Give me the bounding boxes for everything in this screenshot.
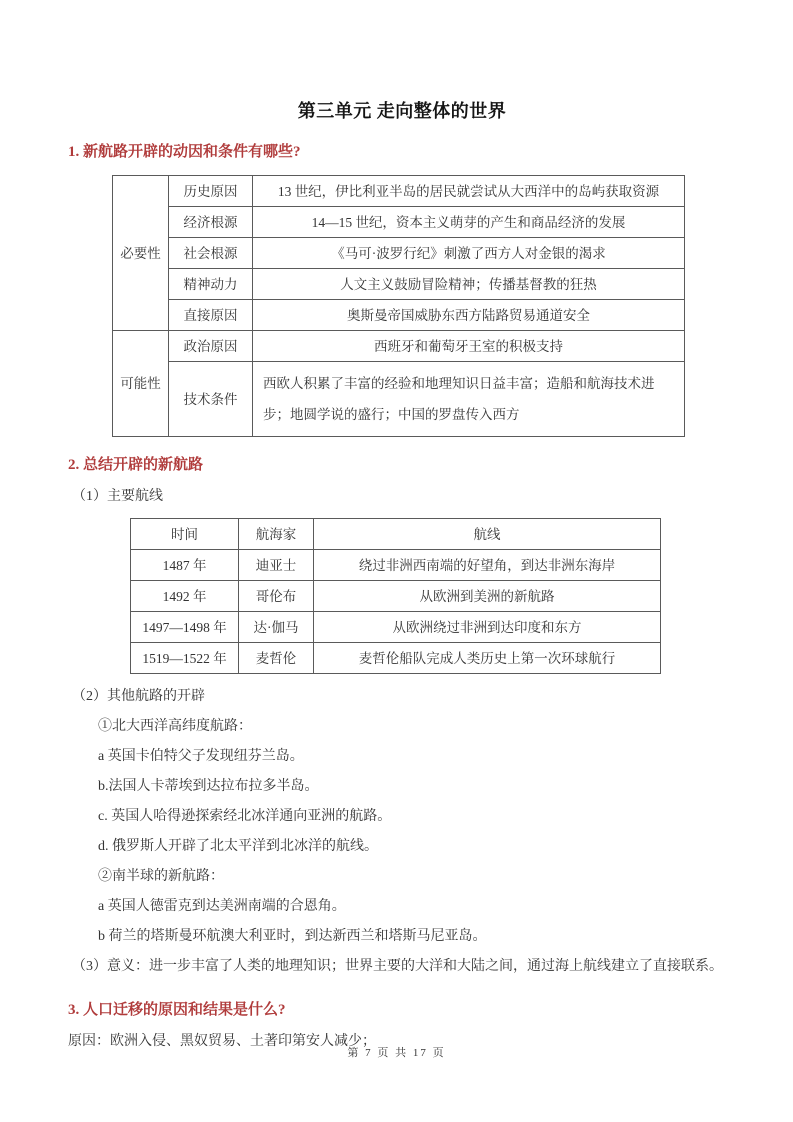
voyage-time: 1492 年 — [131, 581, 239, 612]
sub-label-main-routes: （1）主要航线 — [72, 486, 736, 508]
voyage-route: 从欧洲绕过非洲到达印度和东方 — [314, 612, 661, 643]
cause-value: 奥斯曼帝国威胁东西方陆路贸易通道安全 — [253, 300, 685, 331]
voyage-route: 绕过非洲西南端的好望角，到达非洲东海岸 — [314, 550, 661, 581]
causes-conditions-table: 必要性 历史原因 13 世纪，伊比利亚半岛的居民就尝试从大西洋中的岛屿获取资源 … — [112, 175, 685, 437]
list-item: c. 英国人哈得逊探索经北冰洋通向亚洲的航路。 — [68, 802, 736, 832]
section2-heading: 2. 总结开辟的新航路 — [68, 455, 736, 476]
cause-key: 直接原因 — [169, 300, 253, 331]
cause-key: 精神动力 — [169, 269, 253, 300]
table-row: 必要性 历史原因 13 世纪，伊比利亚半岛的居民就尝试从大西洋中的岛屿获取资源 — [113, 176, 685, 207]
voyage-navigator: 麦哲伦 — [239, 643, 314, 674]
page-content: 第三单元 走向整体的世界 1. 新航路开辟的动因和条件有哪些? 必要性 历史原因… — [0, 0, 793, 1057]
cause-value: 西欧人积累了丰富的经验和地理知识日益丰富；造船和航海技术进步；地圆学说的盛行；中… — [253, 362, 685, 437]
table-row: 1492 年 哥伦布 从欧洲到美洲的新航路 — [131, 581, 661, 612]
cause-value: 西班牙和葡萄牙王室的积极支持 — [253, 331, 685, 362]
cause-key: 社会根源 — [169, 238, 253, 269]
sub-label-other-routes: （2）其他航路的开辟 — [68, 682, 736, 712]
cause-value: 13 世纪，伊比利亚半岛的居民就尝试从大西洋中的岛屿获取资源 — [253, 176, 685, 207]
voyage-time: 1497—1498 年 — [131, 612, 239, 643]
list-item: d. 俄罗斯人开辟了北太平洋到北冰洋的航线。 — [68, 832, 736, 862]
list-item: b 荷兰的塔斯曼环航澳大利亚时，到达新西兰和塔斯马尼亚岛。 — [68, 922, 736, 952]
table-row: 经济根源 14—15 世纪，资本主义萌芽的产生和商品经济的发展 — [113, 207, 685, 238]
column-header-navigator: 航海家 — [239, 519, 314, 550]
document-page: 第三单元 走向整体的世界 1. 新航路开辟的动因和条件有哪些? 必要性 历史原因… — [0, 0, 793, 1122]
cause-key: 政治原因 — [169, 331, 253, 362]
table-row: 技术条件 西欧人积累了丰富的经验和地理知识日益丰富；造船和航海技术进步；地圆学说… — [113, 362, 685, 437]
voyage-route: 从欧洲到美洲的新航路 — [314, 581, 661, 612]
table-row: 直接原因 奥斯曼帝国威胁东西方陆路贸易通道安全 — [113, 300, 685, 331]
voyage-time: 1487 年 — [131, 550, 239, 581]
other-routes-block: （2）其他航路的开辟 ①北大西洋高纬度航路： a 英国卡伯特父子发现纽芬兰岛。 … — [68, 682, 736, 982]
voyage-route: 麦哲伦船队完成人类历史上第一次环球航行 — [314, 643, 661, 674]
table-row: 1519—1522 年 麦哲伦 麦哲伦船队完成人类历史上第一次环球航行 — [131, 643, 661, 674]
table-row: 1487 年 迪亚士 绕过非洲西南端的好望角，到达非洲东海岸 — [131, 550, 661, 581]
voyage-navigator: 哥伦布 — [239, 581, 314, 612]
table-row: 可能性 政治原因 西班牙和葡萄牙王室的积极支持 — [113, 331, 685, 362]
cause-key: 经济根源 — [169, 207, 253, 238]
page-number-footer: 第 7 页 共 17 页 — [0, 1044, 793, 1060]
list-item: b.法国人卡蒂埃到达拉布拉多半岛。 — [68, 772, 736, 802]
list-item: ②南半球的新航路： — [68, 862, 736, 892]
voyage-navigator: 达·伽马 — [239, 612, 314, 643]
cause-value: 《马可·波罗行纪》刺激了西方人对金银的渴求 — [253, 238, 685, 269]
voyage-navigator: 迪亚士 — [239, 550, 314, 581]
table-row: 社会根源 《马可·波罗行纪》刺激了西方人对金银的渴求 — [113, 238, 685, 269]
cause-key: 历史原因 — [169, 176, 253, 207]
meaning-line: （3）意义：进一步丰富了人类的地理知识；世界主要的大洋和大陆之间，通过海上航线建… — [68, 952, 736, 982]
section1-heading: 1. 新航路开辟的动因和条件有哪些? — [68, 142, 736, 163]
cause-value: 14—15 世纪，资本主义萌芽的产生和商品经济的发展 — [253, 207, 685, 238]
column-header-time: 时间 — [131, 519, 239, 550]
table-row: 1497—1498 年 达·伽马 从欧洲绕过非洲到达印度和东方 — [131, 612, 661, 643]
list-item: ①北大西洋高纬度航路： — [68, 712, 736, 742]
voyage-table: 时间 航海家 航线 1487 年 迪亚士 绕过非洲西南端的好望角，到达非洲东海岸… — [130, 518, 661, 674]
table-header-row: 时间 航海家 航线 — [131, 519, 661, 550]
group-cell-possibility: 可能性 — [113, 331, 169, 437]
page-title: 第三单元 走向整体的世界 — [68, 98, 736, 124]
group-cell-necessity: 必要性 — [113, 176, 169, 331]
table-row: 精神动力 人文主义鼓励冒险精神；传播基督教的狂热 — [113, 269, 685, 300]
cause-value: 人文主义鼓励冒险精神；传播基督教的狂热 — [253, 269, 685, 300]
list-item: a 英国人德雷克到达美洲南端的合恩角。 — [68, 892, 736, 922]
column-header-route: 航线 — [314, 519, 661, 550]
section3-heading: 3. 人口迁移的原因和结果是什么? — [68, 1000, 736, 1021]
voyage-time: 1519—1522 年 — [131, 643, 239, 674]
list-item: a 英国卡伯特父子发现纽芬兰岛。 — [68, 742, 736, 772]
cause-key: 技术条件 — [169, 362, 253, 437]
